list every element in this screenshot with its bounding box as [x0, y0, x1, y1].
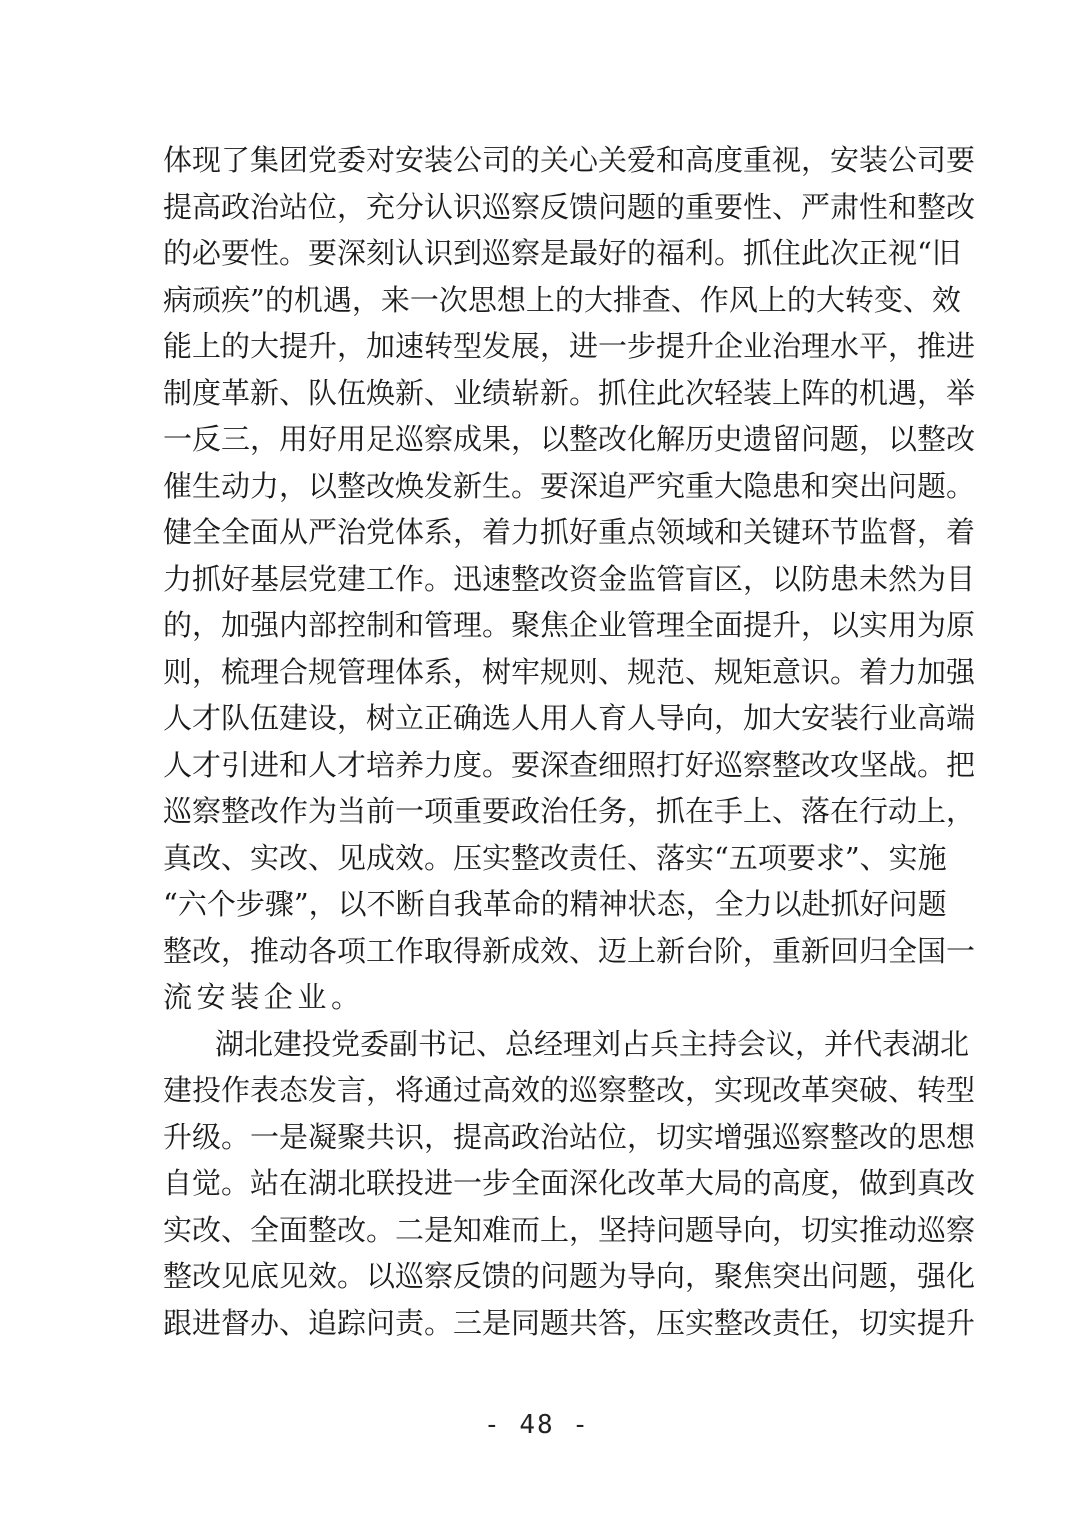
text-line: 实改、全面整改。二是知难而上，坚持问题导向，切实推动巡察: [163, 1207, 915, 1254]
text-line: 力抓好基层党建工作。迅速整改资金监管盲区，以防患未然为目: [163, 556, 915, 603]
text-line: 整改见底见效。以巡察反馈的问题为导向，聚焦突出问题，强化: [163, 1253, 915, 1300]
page-number: - 48 -: [0, 1410, 1074, 1440]
text-line: 一反三，用好用足巡察成果，以整改化解历史遗留问题，以整改: [163, 416, 915, 463]
text-line: 的，加强内部控制和管理。聚焦企业管理全面提升，以实用为原: [163, 602, 915, 649]
text-line: 人才队伍建设，树立正确选人用人育人导向，加大安装行业高端: [163, 695, 915, 742]
text-line: 制度革新、队伍焕新、业绩崭新。抓住此次轻装上阵的机遇，举: [163, 370, 915, 417]
text-line: 自觉。站在湖北联投进一步全面深化改革大局的高度，做到真改: [163, 1160, 915, 1207]
text-line: 提高政治站位，充分认识巡察反馈问题的重要性、严肃性和整改: [163, 184, 915, 231]
text-line: 人才引进和人才培养力度。要深查细照打好巡察整改攻坚战。把: [163, 742, 915, 789]
text-line: 则，梳理合规管理体系，树牢规则、规范、规矩意识。着力加强: [163, 649, 915, 696]
paragraph-1: 体现了集团党委对安装公司的关心关爱和高度重视，安装公司要 提高政治站位，充分认识…: [163, 137, 915, 1021]
text-line: 跟进督办、追踪问责。三是同题共答，压实整改责任，切实提升: [163, 1300, 915, 1347]
text-line: 巡察整改作为当前一项重要政治任务，抓在手上、落在行动上，: [163, 788, 915, 835]
text-line: 的必要性。要深刻认识到巡察是最好的福利。抓住此次正视“旧: [163, 230, 915, 277]
text-line: 升级。一是凝聚共识，提高政治站位，切实增强巡察整改的思想: [163, 1114, 915, 1161]
text-line: 健全全面从严治党体系，着力抓好重点领域和关键环节监督，着: [163, 509, 915, 556]
text-line: 湖北建投党委副书记、总经理刘占兵主持会议，并代表湖北: [163, 1021, 915, 1068]
body-text: 体现了集团党委对安装公司的关心关爱和高度重视，安装公司要 提高政治站位，充分认识…: [163, 137, 915, 1346]
text-line: 建投作表态发言，将通过高效的巡察整改，实现改革突破、转型: [163, 1067, 915, 1114]
text-line: 体现了集团党委对安装公司的关心关爱和高度重视，安装公司要: [163, 137, 915, 184]
text-line: 流安装企业。: [163, 974, 915, 1021]
text-line: 真改、实改、见成效。压实整改责任、落实“五项要求”、实施: [163, 835, 915, 882]
paragraph-2: 湖北建投党委副书记、总经理刘占兵主持会议，并代表湖北 建投作表态发言，将通过高效…: [163, 1021, 915, 1347]
text-line: 整改，推动各项工作取得新成效、迈上新台阶，重新回归全国一: [163, 928, 915, 975]
document-page: 体现了集团党委对安装公司的关心关爱和高度重视，安装公司要 提高政治站位，充分认识…: [0, 0, 1074, 1520]
text-line: 病顽疾”的机遇，来一次思想上的大排查、作风上的大转变、效: [163, 277, 915, 324]
text-line: 催生动力，以整改焕发新生。要深追严究重大隐患和突出问题。: [163, 463, 915, 510]
text-line: 能上的大提升，加速转型发展，进一步提升企业治理水平，推进: [163, 323, 915, 370]
text-line: “六个步骤”，以不断自我革命的精神状态，全力以赴抓好问题: [163, 881, 915, 928]
